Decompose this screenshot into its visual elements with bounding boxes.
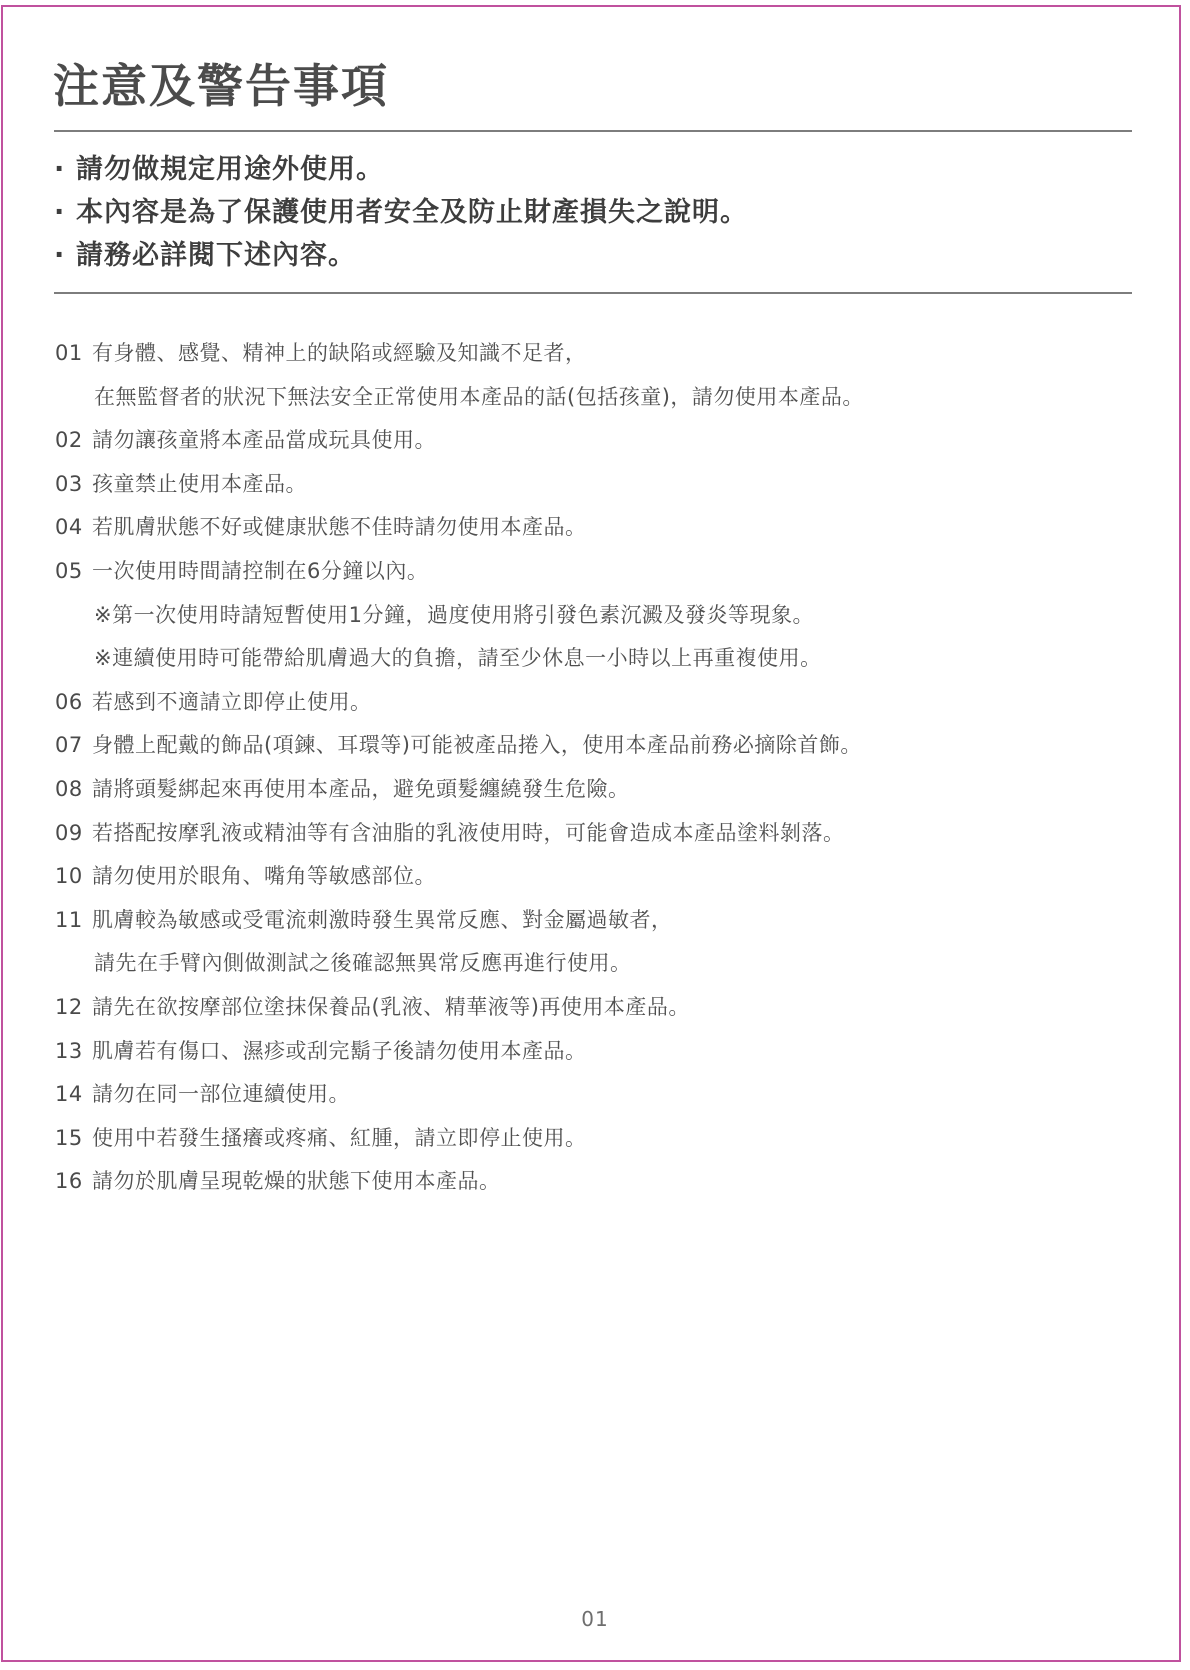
warning-item: 07身體上配戴的飾品(項鍊、耳環等)可能被產品捲入，使用本產品前務必摘除首飾。: [55, 724, 864, 768]
page-title: 注意及警告事項: [53, 56, 389, 116]
item-text: 肌膚較為敏感或受電流刺激時發生異常反應、對金屬過敏者，: [92, 908, 673, 932]
item-text: 在無監督者的狀況下無法安全正常使用本產品的話(包括孩童)，請勿使用本產品。: [94, 385, 864, 409]
warning-item: 02請勿讓孩童將本產品當成玩具使用。: [55, 419, 864, 463]
item-number: 08: [55, 768, 92, 812]
warning-item: 15使用中若發生搔癢或疼痛、紅腫，請立即停止使用。: [55, 1117, 864, 1161]
item-text: 若肌膚狀態不好或健康狀態不佳時請勿使用本產品。: [92, 515, 587, 539]
intro-bullet: ·本內容是為了保護使用者安全及防止財產損失之說明。: [54, 191, 748, 234]
item-text: 孩童禁止使用本產品。: [92, 472, 307, 496]
intro-bullet: ·請務必詳閱下述內容。: [54, 234, 748, 277]
item-text: 請勿使用於眼角、嘴角等敏感部位。: [92, 864, 436, 888]
item-text: 肌膚若有傷口、濕疹或刮完鬍子後請勿使用本產品。: [92, 1039, 587, 1063]
item-number: 05: [55, 550, 92, 594]
item-number: 14: [55, 1073, 92, 1117]
item-text: ※第一次使用時請短暫使用1分鐘，過度使用將引發色素沉澱及發炎等現象。: [94, 603, 814, 627]
divider-top: [54, 130, 1132, 132]
item-number: 13: [55, 1030, 92, 1074]
item-number: 15: [55, 1117, 92, 1161]
warning-item: 03孩童禁止使用本產品。: [55, 463, 864, 507]
item-text: 有身體、感覺、精神上的缺陷或經驗及知識不足者，: [92, 341, 587, 365]
warning-item-note: ※連續使用時可能帶給肌膚過大的負擔，請至少休息一小時以上再重複使用。: [55, 637, 864, 681]
intro-bullet: ·請勿做規定用途外使用。: [54, 148, 748, 191]
item-text: 請將頭髮綁起來再使用本產品，避免頭髮纏繞發生危險。: [92, 777, 630, 801]
item-number: 09: [55, 812, 92, 856]
item-text: 身體上配戴的飾品(項鍊、耳環等)可能被產品捲入，使用本產品前務必摘除首飾。: [92, 733, 862, 757]
warning-list: 01有身體、感覺、精神上的缺陷或經驗及知識不足者， 在無監督者的狀況下無法安全正…: [55, 332, 864, 1204]
intro-bullet-list: ·請勿做規定用途外使用。 ·本內容是為了保護使用者安全及防止財產損失之說明。 ·…: [54, 148, 748, 277]
warning-item: 14請勿在同一部位連續使用。: [55, 1073, 864, 1117]
item-number: 06: [55, 681, 92, 725]
bullet-dot-icon: ·: [54, 148, 76, 191]
item-number: 01: [55, 332, 92, 376]
warning-item: 08請將頭髮綁起來再使用本產品，避免頭髮纏繞發生危險。: [55, 768, 864, 812]
warning-item-note: ※第一次使用時請短暫使用1分鐘，過度使用將引發色素沉澱及發炎等現象。: [55, 594, 864, 638]
warning-item-continuation: 請先在手臂內側做測試之後確認無異常反應再進行使用。: [55, 942, 864, 986]
item-text: 若感到不適請立即停止使用。: [92, 690, 372, 714]
item-text: 請勿於肌膚呈現乾燥的狀態下使用本產品。: [92, 1169, 501, 1193]
item-text: 請先在手臂內側做測試之後確認無異常反應再進行使用。: [94, 951, 632, 975]
item-number: 02: [55, 419, 92, 463]
bullet-dot-icon: ·: [54, 234, 76, 277]
item-text: 若搭配按摩乳液或精油等有含油脂的乳液使用時，可能會造成本產品塗料剝落。: [92, 821, 845, 845]
warning-item: 11肌膚較為敏感或受電流刺激時發生異常反應、對金屬過敏者，: [55, 899, 864, 943]
item-number: 16: [55, 1160, 92, 1204]
warning-item: 10請勿使用於眼角、嘴角等敏感部位。: [55, 855, 864, 899]
item-text: 使用中若發生搔癢或疼痛、紅腫，請立即停止使用。: [92, 1126, 587, 1150]
item-number: 03: [55, 463, 92, 507]
warning-item-continuation: 在無監督者的狀況下無法安全正常使用本產品的話(包括孩童)，請勿使用本產品。: [55, 376, 864, 420]
item-number: 10: [55, 855, 92, 899]
warning-item: 05一次使用時間請控制在6分鐘以內。: [55, 550, 864, 594]
bullet-dot-icon: ·: [54, 191, 76, 234]
warning-item: 12請先在欲按摩部位塗抹保養品(乳液、精華液等)再使用本產品。: [55, 986, 864, 1030]
item-text: 請勿在同一部位連續使用。: [92, 1082, 350, 1106]
item-number: 12: [55, 986, 92, 1030]
warning-item: 04若肌膚狀態不好或健康狀態不佳時請勿使用本產品。: [55, 506, 864, 550]
warning-item: 16請勿於肌膚呈現乾燥的狀態下使用本產品。: [55, 1160, 864, 1204]
warning-item: 01有身體、感覺、精神上的缺陷或經驗及知識不足者，: [55, 332, 864, 376]
divider-bottom: [54, 292, 1132, 294]
item-text: 請先在欲按摩部位塗抹保養品(乳液、精華液等)再使用本產品。: [92, 995, 690, 1019]
item-text: 請勿讓孩童將本產品當成玩具使用。: [92, 428, 436, 452]
item-number: 11: [55, 899, 92, 943]
warning-item: 13肌膚若有傷口、濕疹或刮完鬍子後請勿使用本產品。: [55, 1030, 864, 1074]
warning-item: 09若搭配按摩乳液或精油等有含油脂的乳液使用時，可能會造成本產品塗料剝落。: [55, 812, 864, 856]
warning-item: 06若感到不適請立即停止使用。: [55, 681, 864, 725]
item-text: ※連續使用時可能帶給肌膚過大的負擔，請至少休息一小時以上再重複使用。: [94, 646, 822, 670]
item-number: 07: [55, 724, 92, 768]
item-number: 04: [55, 506, 92, 550]
item-text: 一次使用時間請控制在6分鐘以內。: [92, 559, 428, 583]
page-number: 01: [0, 1607, 1190, 1631]
